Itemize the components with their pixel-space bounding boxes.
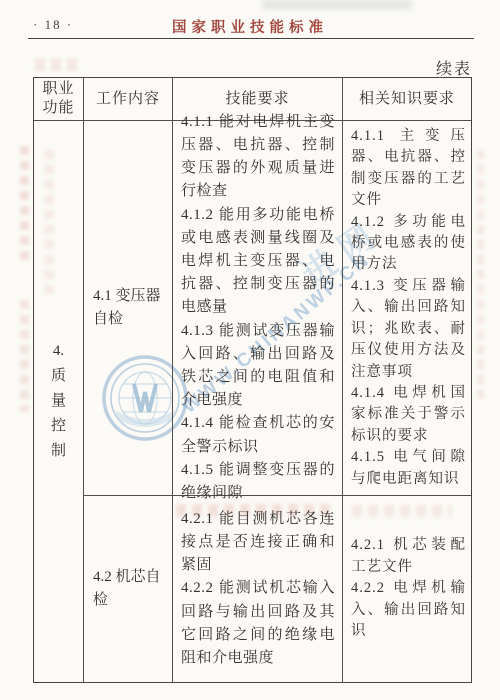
work-content-text: 4.1 变压器自检 xyxy=(93,285,166,331)
bleedthrough-smudge xyxy=(35,58,83,71)
skills-cell-4-2: 4.2.1 能目测机芯各连接点是否连接正确和紧固 4.2.2 能测试机芯输入回路… xyxy=(173,496,342,682)
document-page: · 18 · 国家职业技能标准 进网 WWW.CHINANWP.CN 续表 职业… xyxy=(0,0,500,700)
knowledge-item: 4.1.1 主变压器、电抗器、控制变压器的工艺文件 xyxy=(351,126,466,212)
work-content-cell-4-1: 4.1 变压器自检 xyxy=(84,121,172,496)
function-char: 控 xyxy=(51,414,66,439)
bleedthrough-smudge xyxy=(477,150,484,400)
bleedthrough-smudge xyxy=(20,300,29,412)
col-header-work-content: 工作内容 xyxy=(84,78,172,121)
knowledge-item: 4.1.5 电气间隙与爬电距离知识 xyxy=(351,447,466,490)
function-char: 4. xyxy=(53,339,64,364)
col-header-function-line1: 职业 xyxy=(42,80,74,99)
knowledge-cell-4-2: 4.2.1 机芯装配工艺文件 4.2.2 电焊机输入、输出回路知识 xyxy=(343,496,471,682)
scan-artifact xyxy=(262,0,412,9)
knowledge-item: 4.1.3 变压器输入、输出回路知识；兆欧表、耐压仪使用方法及注意事项 xyxy=(351,276,466,383)
function-char: 量 xyxy=(51,389,66,414)
skill-item: 4.2.1 能目测机芯各连接点是否连接正确和紧固 xyxy=(181,508,335,578)
knowledge-item: 4.2.1 机芯装配工艺文件 xyxy=(351,535,466,578)
header-rule xyxy=(28,38,474,39)
function-char: 制 xyxy=(51,439,66,464)
knowledge-item: 4.2.2 电焊机输入、输出回路知识 xyxy=(351,578,466,642)
column-knowledge-requirements: 相关知识要求 4.1.1 主变压器、电抗器、控制变压器的工艺文件 4.1.2 多… xyxy=(343,78,471,682)
knowledge-cell-4-1: 4.1.1 主变压器、电抗器、控制变压器的工艺文件 4.1.2 多功能电桥或电感… xyxy=(343,121,471,496)
skills-table: 职业 功能 4. 质 量 控 制 工作内容 4.1 变压器自检 4.2 机芯自检… xyxy=(33,77,472,683)
bleedthrough-smudge xyxy=(20,146,29,264)
function-cell-quality-control: 4. 质 量 控 制 xyxy=(34,121,83,682)
column-work-content: 工作内容 4.1 变压器自检 4.2 机芯自检 xyxy=(84,78,173,682)
skill-item: 4.2.2 能测试机芯输入回路与输出回路及其它回路之间的绝缘电阻和介电强度 xyxy=(181,577,335,670)
skill-item: 4.1.2 能用多功能电桥或电感表测量线圈及电焊机主变压器、电抗器、控制变压器的… xyxy=(181,204,335,320)
skill-item: 4.1.4 能检查机芯的安全警示标识 xyxy=(181,412,335,458)
page-header-title: 国家职业技能标准 xyxy=(0,16,500,37)
col-header-function: 职业 功能 xyxy=(34,78,83,121)
function-char: 质 xyxy=(51,364,66,389)
knowledge-item: 4.1.2 多功能电桥或电感表的使用方法 xyxy=(351,212,466,276)
col-header-knowledge: 相关知识要求 xyxy=(343,78,471,121)
col-header-function-line2: 功能 xyxy=(42,99,74,118)
continued-table-label: 续表 xyxy=(436,56,472,79)
work-content-cell-4-2: 4.2 机芯自检 xyxy=(84,496,172,682)
skills-cell-4-1: 4.1.1 能对电焊机主变压器、电抗器、控制变压器的外观质量进行检查 4.1.2… xyxy=(173,121,342,496)
knowledge-item: 4.1.4 电焊机国家标准关于警示标识的要求 xyxy=(351,383,466,447)
column-skill-requirements: 技能要求 4.1.1 能对电焊机主变压器、电抗器、控制变压器的外观质量进行检查 … xyxy=(173,78,343,682)
work-content-text: 4.2 机芯自检 xyxy=(93,566,166,612)
column-function: 职业 功能 4. 质 量 控 制 xyxy=(34,78,84,682)
skill-item: 4.1.1 能对电焊机主变压器、电抗器、控制变压器的外观质量进行检查 xyxy=(181,111,335,204)
skill-item: 4.1.3 能测试变压器输入回路、输出回路及铁芯之间的电阻值和介电强度 xyxy=(181,320,335,413)
